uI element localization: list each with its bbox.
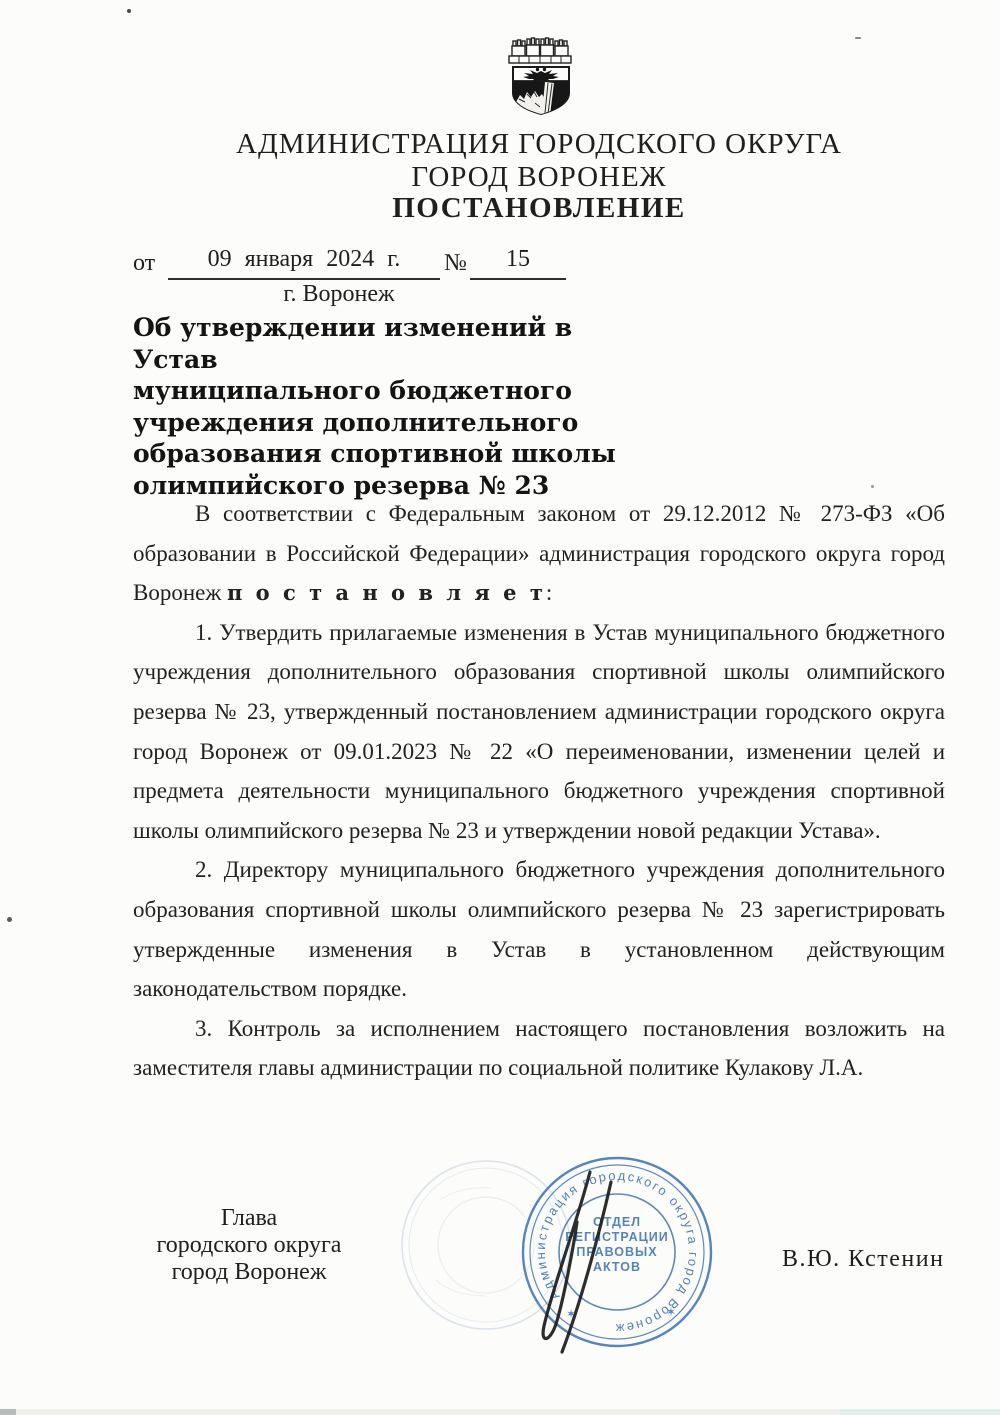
scan-bottom-edge — [0, 1409, 1000, 1415]
title-line: образования спортивной школы — [133, 438, 653, 470]
scan-speck — [127, 9, 131, 13]
stamp-center-line: АКТОВ — [593, 1260, 641, 1274]
position-line: город Воронеж — [140, 1259, 358, 1286]
scanned-decree-page: АДМИНИСТРАЦИЯ ГОРОДСКОГО ОКРУГА ГОРОД ВО… — [0, 0, 1000, 1415]
stamp-and-signature: Администрация городского округа город Во… — [380, 1130, 760, 1390]
org-name-line1: АДМИНИСТРАЦИЯ ГОРОДСКОГО ОКРУГА — [94, 128, 984, 161]
scan-speck — [7, 917, 12, 922]
item-1-paragraph: 1. Утвердить прилагаемые изменения в Уст… — [133, 613, 945, 851]
intro-colon: : — [546, 580, 552, 605]
stamp-center-line: ПРАВОВЫХ — [576, 1245, 657, 1259]
intro-paragraph: В соответствии с Федеральным законом от … — [133, 494, 945, 613]
position-line: городского округа — [140, 1232, 358, 1259]
date-from-label: от — [133, 250, 155, 277]
org-name-line2: ГОРОД ВОРОНЕЖ — [94, 161, 984, 194]
intro-verdict: п о с т а н о в л я е т — [227, 580, 546, 605]
number-sign: № — [444, 250, 467, 277]
title-line: муниципального бюджетного — [133, 375, 653, 407]
title-line: учреждения дополнительного — [133, 407, 653, 439]
scan-speck — [855, 37, 861, 39]
position-line: Глава — [140, 1205, 358, 1232]
item-2-paragraph: 2. Директору муниципального бюджетного у… — [133, 850, 945, 1008]
number-value: 15 — [506, 246, 530, 272]
signatory-position: Глава городского округа город Воронеж — [140, 1205, 358, 1286]
registration-stamp-icon: Администрация городского округа город Во… — [499, 1134, 735, 1370]
stamp-center-line: РЕГИСТРАЦИИ — [565, 1230, 668, 1244]
document-type: ПОСТАНОВЛЕНИЕ — [94, 192, 984, 225]
voronezh-coat-of-arms-icon — [497, 36, 585, 118]
number-underline: 15 — [470, 244, 566, 280]
stamp-star-right: ✶ — [666, 1305, 676, 1319]
item-3-paragraph: 3. Контроль за исполнением настоящего по… — [133, 1009, 945, 1088]
date-underline: 09 января 2024 г. — [168, 244, 440, 280]
decree-body: В соответствии с Федеральным законом от … — [133, 494, 945, 1088]
city-label: г. Воронеж — [203, 281, 475, 308]
scan-speck — [871, 485, 874, 488]
signatory-name: В.Ю. Кстенин — [782, 1246, 944, 1273]
title-line: Об утверждении изменений в Устав — [133, 312, 653, 375]
decree-title: Об утверждении изменений в Устав муницип… — [133, 312, 653, 501]
date-value: 09 января 2024 г. — [208, 246, 401, 272]
